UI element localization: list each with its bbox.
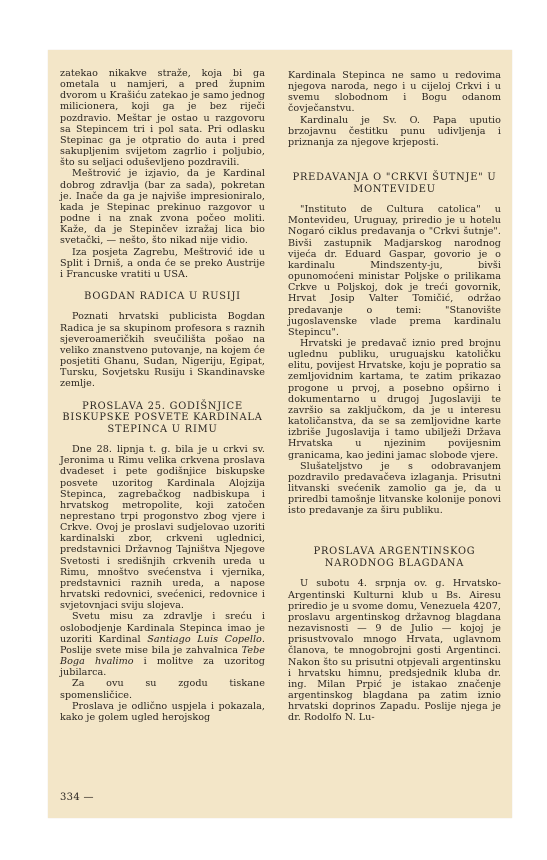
paragraph: Poznati hrvatski publicista Bogdan Radic… <box>60 311 265 389</box>
section-heading: PROSLAVA ARGENTINSKOG NARODNOG BLAGDANA <box>288 546 501 569</box>
section-heading: BOGDAN RADICA U RUSIJI <box>60 291 265 303</box>
paragraph: Za ovu su zgodu tiskane spomensličice. <box>60 678 265 700</box>
paragraph: zatekao nikakve straže, koja bi ga ometa… <box>60 68 265 168</box>
paragraph: Kardinalu je Sv. O. Papa uputio brzojavn… <box>288 115 501 148</box>
page-number: 334 — <box>60 792 94 803</box>
section-heading: PREDAVANJA O "CRKVI ŠUTNJE" U MONTEVIDEU <box>288 172 501 195</box>
paragraph: Hrvatski je predavač iznio pred brojnu u… <box>288 338 501 461</box>
paragraph: Dne 28. lipnja t. g. bila je u crkvi sv.… <box>60 444 265 611</box>
italic-name: Santiago Luis Copello <box>147 634 262 645</box>
section-heading: PROSLAVA 25. GODIŠNJICE BISKUPSKE POSVET… <box>60 401 265 436</box>
paragraph: Meštrović je izjavio, da je Kardinal dob… <box>60 168 265 246</box>
paragraph: Kardinala Stepinca ne samo u redovima nj… <box>288 70 501 115</box>
paragraph: Iza posjeta Zagrebu, Meštrović ide u Spl… <box>60 247 265 280</box>
left-column: zatekao nikakve straže, koja bi ga ometa… <box>60 68 265 723</box>
paragraph: "Instituto de Cultura catolica" u Montev… <box>288 204 501 338</box>
paragraph: Proslava je odlično uspjela i pokazala, … <box>60 701 265 723</box>
paragraph: Slušateljstvo je s odobravanjem pozdravi… <box>288 461 501 517</box>
right-column: Kardinala Stepinca ne samo u redovima nj… <box>288 70 501 724</box>
document-page: zatekao nikakve straže, koja bi ga ometa… <box>48 50 512 818</box>
paragraph: U subotu 4. srpnja ov. g. Hrvatsko-Argen… <box>288 578 501 723</box>
paragraph: Svetu misu za zdravlje i sreću i oslobod… <box>60 611 265 678</box>
